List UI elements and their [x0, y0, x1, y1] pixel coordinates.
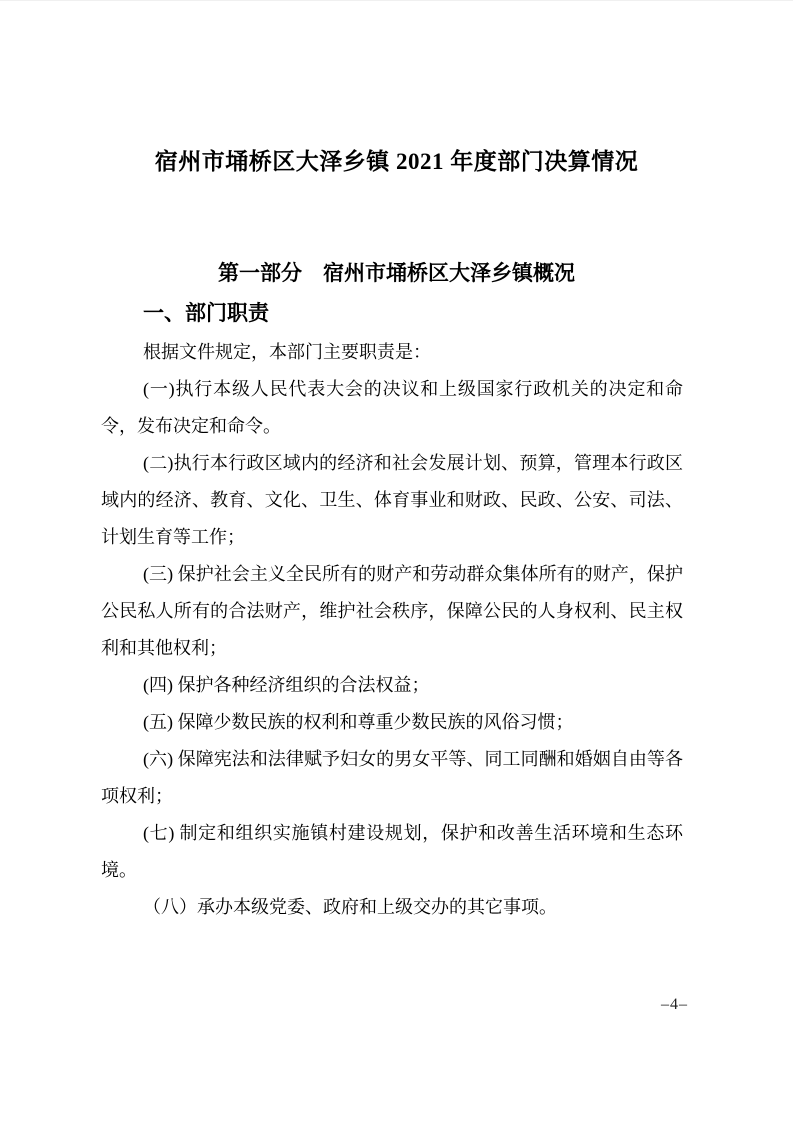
- subsection-heading: 一、部门职责: [101, 299, 793, 329]
- paragraph-duty-2: (二)执行本行政区域内的经济和社会发展计划、预算，管理本行政区域内的经济、教育、…: [101, 445, 683, 556]
- page-number: –4–: [661, 996, 688, 1014]
- paragraph-duty-8: （八）承办本级党委、政府和上级交办的其它事项。: [101, 889, 683, 926]
- body-text: 根据文件规定，本部门主要职责是： (一)执行本级人民代表大会的决议和上级国家行政…: [101, 334, 683, 926]
- paragraph-duty-5: (五) 保障少数民族的权利和尊重少数民族的风俗习惯；: [101, 704, 683, 741]
- paragraph-intro: 根据文件规定，本部门主要职责是：: [101, 334, 683, 371]
- paragraph-duty-4: (四) 保护各种经济组织的合法权益；: [101, 667, 683, 704]
- paragraph-duty-7: (七) 制定和组织实施镇村建设规划，保护和改善生活环境和生态环境。: [101, 815, 683, 889]
- section-heading: 第一部分 宿州市埇桥区大泽乡镇概况: [0, 259, 793, 289]
- document-page: 宿州市埇桥区大泽乡镇 2021 年度部门决算情况 第一部分 宿州市埇桥区大泽乡镇…: [0, 0, 793, 1122]
- paragraph-duty-6: (六) 保障宪法和法律赋予妇女的男女平等、同工同酬和婚姻自由等各项权利；: [101, 741, 683, 815]
- document-title: 宿州市埇桥区大泽乡镇 2021 年度部门决算情况: [0, 145, 793, 179]
- paragraph-duty-3: (三) 保护社会主义全民所有的财产和劳动群众集体所有的财产，保护公民私人所有的合…: [101, 556, 683, 667]
- paragraph-duty-1: (一)执行本级人民代表大会的决议和上级国家行政机关的决定和命令，发布决定和命令。: [101, 371, 683, 445]
